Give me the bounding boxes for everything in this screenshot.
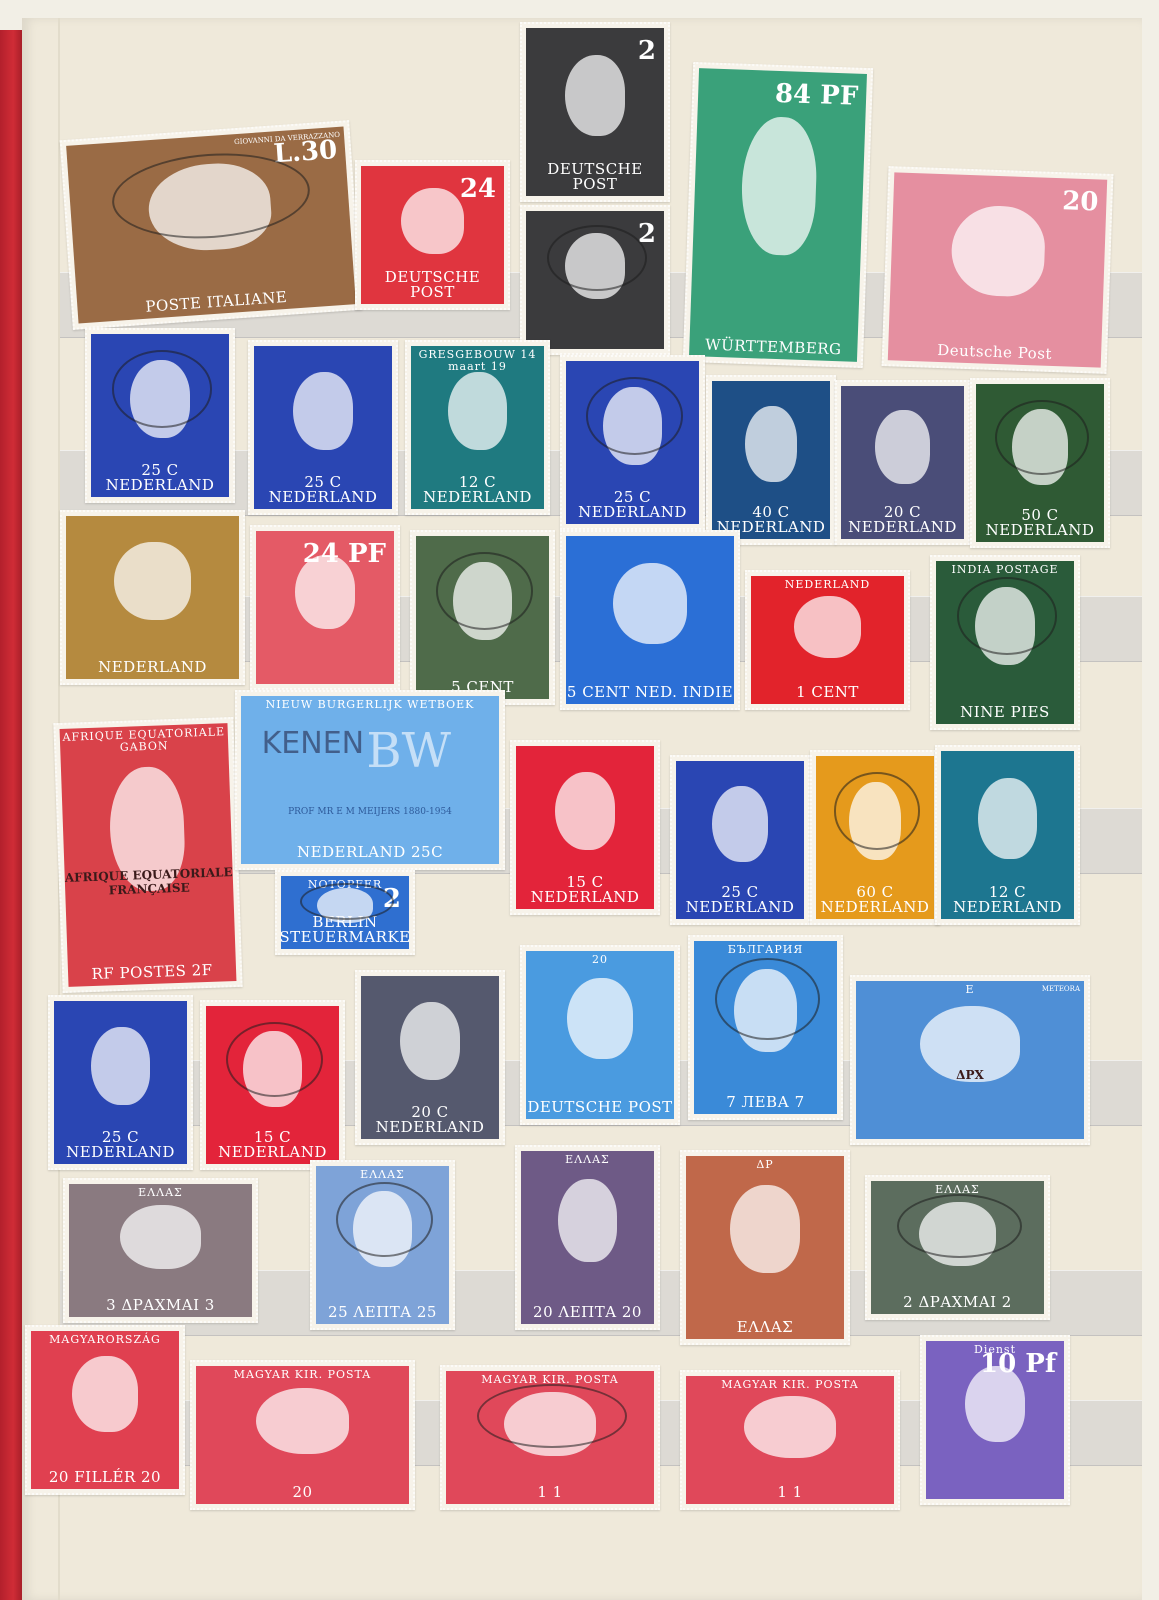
stamp-design: NOTOPFER2BERLIN STEUERMARKE	[281, 876, 409, 949]
stamp-value-text: Deutsche Post	[937, 343, 1052, 366]
denomination: 24 PF	[303, 539, 386, 569]
stamp-value-text: 25 C NEDERLAND	[54, 1130, 187, 1165]
stamp-value-text: 1 CENT	[796, 685, 859, 704]
stamp-value-text: RF POSTES 2F	[91, 963, 213, 986]
stamp-top-text: NEDERLAND	[785, 576, 870, 591]
stamp-design: 20 C NEDERLAND	[361, 976, 499, 1139]
stamp-value-text: 7 ЛЕВА 7	[726, 1095, 804, 1114]
stamp-notopfer-berlin: NOTOPFER2BERLIN STEUERMARKE	[275, 870, 415, 955]
stamp-design: MAGYAR KIR. POSTA20	[196, 1366, 409, 1504]
stamp-value-text: 25 C NEDERLAND	[254, 475, 392, 510]
stamp-value-text: NEDERLAND	[98, 660, 207, 679]
stamp-nl-25c-blue-3: 25 C NEDERLAND	[560, 355, 705, 530]
stamp-design: ΔΡΕΛΛΑΣ	[686, 1156, 844, 1339]
stamp-value-text: 25 C NEDERLAND	[676, 885, 804, 920]
stamp-value-text: 20 C NEDERLAND	[361, 1105, 499, 1140]
portrait-icon	[243, 1031, 302, 1107]
portrait-icon	[91, 1027, 150, 1105]
stamp-value-text: 12 C NEDERLAND	[411, 475, 544, 510]
stamp-top-text: ΕΛΛΑΣ	[138, 1184, 183, 1199]
stamp-nl-25c-blue-2: 25 C NEDERLAND	[248, 340, 398, 515]
portrait-icon	[950, 204, 1047, 297]
stamp-value-text: ΕΛΛΑΣ	[737, 1320, 794, 1339]
stamp-gabon-2f: AFRIQUE EQUATORIALE GABONAFRIQUE EQUATOR…	[53, 717, 242, 993]
stamp-value-text: 20 C NEDERLAND	[841, 505, 964, 540]
portrait-icon	[353, 1191, 412, 1267]
stamp-top-text: MAGYAR KIR. POSTA	[234, 1366, 371, 1381]
stamp-value-text: 1 1	[777, 1485, 802, 1504]
portrait-icon	[453, 562, 512, 640]
stamp-nl-20c: 20 C NEDERLAND	[835, 380, 970, 545]
stamp-nl-landscape: NEDERLAND	[60, 510, 245, 685]
stamp-wurttemberg-84pf: 84 PFWÜRTTEMBERG	[683, 62, 873, 368]
portrait-icon	[555, 772, 616, 850]
portrait-icon	[919, 1202, 995, 1266]
portrait-icon	[613, 563, 687, 644]
portrait-icon	[72, 1356, 137, 1432]
denomination: 10 Pf	[980, 1349, 1056, 1379]
stamp-value-text: 20 FILLÉR 20	[49, 1470, 161, 1489]
stamp-design: 12 C NEDERLAND	[941, 751, 1074, 919]
portrait-icon	[1012, 409, 1068, 485]
stamp-value-text: 50 C NEDERLAND	[976, 508, 1104, 543]
stamp-value-text: DEUTSCHE POST	[526, 162, 664, 197]
stamp-design: INDIA POSTAGENINE PIES	[936, 561, 1074, 724]
stamp-top-text: INDIA POSTAGE	[951, 561, 1058, 576]
stamp-design: БЪЛГАРИЯ7 ЛЕВА 7	[694, 941, 837, 1114]
stamp-design: 84 PFWÜRTTEMBERG	[689, 68, 867, 362]
stamp-design: 15 C NEDERLAND	[206, 1006, 339, 1164]
stamp-design: NEDERLAND	[66, 516, 239, 679]
stamp-nl-burgerlijk-wetboek: NIEUW BURGERLIJK WETBOEKBWPROF MR E M ME…	[235, 690, 505, 870]
stamp-nl-15c-red-2: 15 C NEDERLAND	[200, 1000, 345, 1170]
stamp-design: 25 C NEDERLAND	[254, 346, 392, 509]
stamp-caption: METEORA	[1042, 985, 1080, 993]
stamp-greece-3-drachmai: ΕΛΛΑΣ3 ΔΡΑΧΜΑΙ 3	[63, 1178, 258, 1323]
postmark-text: KENEN	[262, 726, 364, 761]
stamp-top-text: MAGYAR KIR. POSTA	[721, 1376, 858, 1391]
stamp-value-text: POSTE ITALIANE	[145, 290, 288, 319]
portrait-icon	[740, 116, 819, 257]
stamp-value-text: DEUTSCHE POST	[361, 270, 504, 305]
stamp-india-nine-pies: INDIA POSTAGENINE PIES	[930, 555, 1080, 730]
stamp-design: 40 C NEDERLAND	[712, 381, 830, 539]
portrait-icon	[875, 410, 929, 483]
stamp-top-text: MAGYAR KIR. POSTA	[481, 1371, 618, 1386]
stamp-top-text: ΕΛΛΑΣ	[360, 1166, 405, 1181]
stamp-value-text: NINE PIES	[960, 705, 1050, 724]
stamp-hungary-magyar-kir-posta-2: MAGYAR KIR. POSTA1 1	[440, 1365, 660, 1510]
portrait-icon	[849, 782, 901, 860]
stamp-top-text: ΔΡ	[756, 1156, 773, 1171]
stamp-design: ΕΛΛΑΣ3 ΔΡΑΧΜΑΙ 3	[69, 1184, 252, 1317]
stamp-value-text: 60 C NEDERLAND	[816, 885, 934, 920]
stamp-germany-20-goethe: 20Deutsche Post	[882, 166, 1114, 374]
stamp-design: AFRIQUE EQUATORIALE GABONAFRIQUE EQUATOR…	[60, 723, 237, 987]
stamp-value-text: 2 ΔΡΑΧΜΑΙ 2	[903, 1295, 1012, 1314]
stamp-subtitle: PROF MR E M MEIJERS 1880-1954	[241, 807, 499, 817]
overprint: ΔΡΧ	[856, 1068, 1084, 1082]
stamp-germany-24pf-red-2: 24 PF	[250, 525, 400, 690]
stamp-top-text: 20	[592, 951, 608, 966]
stamp-value-text: 25 C NEDERLAND	[91, 463, 229, 498]
portrait-icon	[558, 1179, 617, 1262]
stamp-nl-40c: 40 C NEDERLAND	[706, 375, 836, 545]
stamp-design: 20Deutsche Post	[888, 172, 1107, 367]
stamp-value-text: 20 ΛΕΠΤΑ 20	[533, 1305, 642, 1324]
stamp-value-text: 3 ΔΡΑΧΜΑΙ 3	[106, 1298, 215, 1317]
stamp-design: 60 C NEDERLAND	[816, 756, 934, 919]
portrait-icon	[744, 1396, 836, 1457]
stamp-design: NIEUW BURGERLIJK WETBOEKBWPROF MR E M ME…	[241, 696, 499, 864]
stamp-greece-meteora: ΕΔΡΧMETEORA	[850, 975, 1090, 1145]
stamp-design: 25 C NEDERLAND	[91, 334, 229, 497]
portrait-icon	[114, 542, 190, 620]
stamp-design: 25 C NEDERLAND	[566, 361, 699, 524]
stamp-design: MAGYAR KIR. POSTA1 1	[686, 1376, 894, 1504]
stamp-design: 20DEUTSCHE POST	[526, 951, 674, 1119]
portrait-icon	[401, 188, 464, 254]
stamp-design: L.30GIOVANNI DA VERRAZZANOPOSTE ITALIANE	[66, 127, 356, 324]
stamp-hungary-magyar-kir-posta-1: MAGYAR KIR. POSTA20	[190, 1360, 415, 1510]
stamp-top-text: NIEUW BURGERLIJK WETBOEK	[266, 696, 475, 711]
stamp-design: 20 C NEDERLAND	[841, 386, 964, 539]
stamp-value-text: 1 1	[537, 1485, 562, 1504]
stamp-nl-50c: 50 C NEDERLAND	[970, 378, 1110, 548]
stamp-design: 24DEUTSCHE POST	[361, 166, 504, 304]
album-binder-edge	[0, 30, 22, 1600]
overprint: AFRIQUE EQUATORIALE FRANÇAISE	[65, 865, 234, 899]
portrait-icon	[978, 778, 1037, 859]
stamp-design: 25 C NEDERLAND	[54, 1001, 187, 1164]
portrait-icon	[400, 1002, 461, 1080]
stamp-top-text: ΕΛΛΑΣ	[565, 1151, 610, 1166]
stamp-design: 15 C NEDERLAND	[516, 746, 654, 909]
stamp-value-text: 12 C NEDERLAND	[941, 885, 1074, 920]
stamp-ned-indie-5-cent: 5 CENT NED. INDIE	[560, 530, 740, 710]
portrait-icon	[712, 786, 768, 862]
stamp-germany-24pf-red: 24DEUTSCHE POST	[355, 160, 510, 310]
portrait-icon	[256, 1388, 350, 1454]
portrait-icon	[565, 55, 626, 136]
stamp-design: MAGYARORSZÁG20 FILLÉR 20	[31, 1331, 179, 1489]
portrait-icon	[603, 387, 662, 465]
stamp-design: 24 PF	[256, 531, 394, 684]
stamp-design: MAGYAR KIR. POSTA1 1	[446, 1371, 654, 1504]
stamp-nl-5-cent: 5 CENT	[410, 530, 555, 705]
stamp-greece-20-lepta: ΕΛΛΑΣ20 ΛΕΠΤΑ 20	[515, 1145, 660, 1330]
portrait-icon	[794, 596, 861, 657]
denomination: 2	[638, 36, 656, 66]
portrait-icon	[567, 978, 632, 1059]
stamp-nl-12c-teal-2: 12 C NEDERLAND	[935, 745, 1080, 925]
stamp-greece-2-drachmai: ΕΛΛΑΣ2 ΔΡΑΧΜΑΙ 2	[865, 1175, 1050, 1320]
stamp-top-text: ΕΛΛΑΣ	[935, 1181, 980, 1196]
portrait-icon	[565, 233, 626, 299]
stamp-design: 2DEUTSCHE POST	[526, 28, 664, 196]
denomination: 84 PF	[774, 79, 858, 112]
stamp-germany-20pf-post: 20DEUTSCHE POST	[520, 945, 680, 1125]
portrait-icon	[146, 160, 274, 254]
stamp-value-text: 25 C NEDERLAND	[566, 490, 699, 525]
stamp-value-text: DEUTSCHE POST	[527, 1100, 672, 1119]
stamp-value-text: 15 C NEDERLAND	[516, 875, 654, 910]
portrait-icon	[745, 406, 797, 482]
stamp-design: 5 CENT	[416, 536, 549, 699]
stamp-italy-verrazzano: L.30GIOVANNI DA VERRAZZANOPOSTE ITALIANE	[60, 120, 363, 330]
stamp-greece-dr-king: ΔΡΕΛΛΑΣ	[680, 1150, 850, 1345]
stamp-design: ΕΛΛΑΣ2 ΔΡΑΧΜΑΙ 2	[871, 1181, 1044, 1314]
stamp-design: 50 C NEDERLAND	[976, 384, 1104, 542]
stamp-value-text: 5 CENT NED. INDIE	[567, 685, 733, 704]
stamp-value-text: 25 ΛΕΠΤΑ 25	[328, 1305, 437, 1324]
stamp-top-text: AFRIQUE EQUATORIALE GABON	[60, 723, 229, 756]
portrait-icon	[317, 888, 373, 923]
portrait-icon	[448, 372, 507, 450]
stamp-nl-25c-blue-5: 25 C NEDERLAND	[48, 995, 193, 1170]
stamp-greece-25-lepta-hermes: ΕΛΛΑΣ25 ΛΕΠΤΑ 25	[310, 1160, 455, 1330]
stamp-nl-60c-orange: 60 C NEDERLAND	[810, 750, 940, 925]
portrait-icon	[734, 969, 797, 1052]
stamp-top-text: GRESGEBOUW 14 maart 19	[411, 346, 544, 373]
stamp-value-text: 20	[292, 1485, 312, 1504]
stamp-germany-2-frankfurt-a: 2DEUTSCHE POST	[520, 22, 670, 202]
stamp-top-text: Ε	[965, 981, 974, 996]
denomination: 2	[383, 884, 401, 914]
stamp-nl-15c-red: 15 C NEDERLAND	[510, 740, 660, 915]
portrait-icon	[120, 1205, 201, 1269]
stamp-hungary-20-filler: MAGYARORSZÁG20 FILLÉR 20	[25, 1325, 185, 1495]
stamp-nl-25c-blue-4: 25 C NEDERLAND	[670, 755, 810, 925]
stamp-germany-2-frankfurt-b: 2	[520, 205, 670, 355]
stamp-value-text: NEDERLAND 25C	[297, 845, 443, 864]
stamp-nl-1-cent: NEDERLAND1 CENT	[745, 570, 910, 710]
stamp-top-text: БЪЛГАРИЯ	[728, 941, 804, 956]
stamp-design: 25 C NEDERLAND	[676, 761, 804, 919]
stamp-nl-12c-teal: GRESGEBOUW 14 maart 1912 C NEDERLAND	[405, 340, 550, 515]
stamp-design: 5 CENT NED. INDIE	[566, 536, 734, 704]
stamp-design: 2	[526, 211, 664, 349]
stamp-nl-25c-blue-1: 25 C NEDERLAND	[85, 328, 235, 503]
denomination: 2	[638, 219, 656, 249]
stamp-germany-dienst: Dienst10 Pf	[920, 1335, 1070, 1505]
portrait-icon	[130, 360, 191, 438]
stamp-design: NEDERLAND1 CENT	[751, 576, 904, 704]
stamp-nl-20c-grey: 20 C NEDERLAND	[355, 970, 505, 1145]
stamp-value-text: WÜRTTEMBERG	[705, 338, 842, 362]
stamp-design: ΕΛΛΑΣ20 ΛΕΠΤΑ 20	[521, 1151, 654, 1324]
stamp-design: Dienst10 Pf	[926, 1341, 1064, 1499]
portrait-icon	[504, 1392, 596, 1456]
portrait-icon	[293, 372, 354, 450]
stamp-design: GRESGEBOUW 14 maart 1912 C NEDERLAND	[411, 346, 544, 509]
stamp-design: ΕΛΛΑΣ25 ΛΕΠΤΑ 25	[316, 1166, 449, 1324]
portrait-icon	[730, 1185, 800, 1273]
portrait-icon	[975, 587, 1036, 665]
stamp-bulgaria-7-leva: БЪЛГАРИЯ7 ЛЕВА 7	[688, 935, 843, 1120]
stamp-top-text: MAGYARORSZÁG	[49, 1331, 161, 1346]
stamp-hungary-magyar-kir-posta-3: MAGYAR KIR. POSTA1 1	[680, 1370, 900, 1510]
denomination: 24	[460, 174, 496, 204]
stamp-value-text: 15 C NEDERLAND	[206, 1130, 339, 1165]
stamp-design: ΕΔΡΧMETEORA	[856, 981, 1084, 1139]
denomination: 20	[1062, 186, 1099, 217]
